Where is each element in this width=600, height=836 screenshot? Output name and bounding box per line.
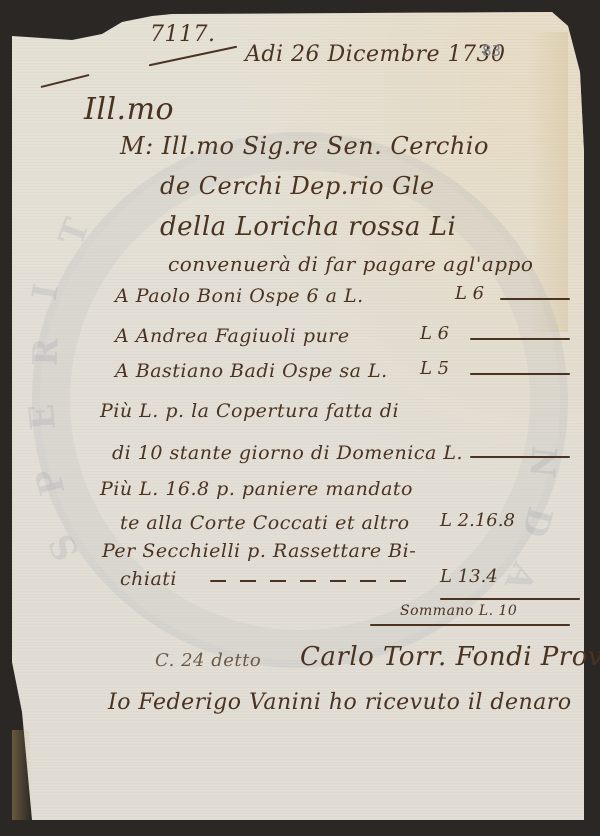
fill-dash bbox=[210, 580, 410, 582]
seal-letter: T bbox=[52, 213, 98, 250]
entry-line: A Bastiano Badi Ospe sa L. bbox=[115, 360, 388, 382]
signature: Carlo Torr. Fondi Prov. bbox=[300, 642, 600, 672]
seal-letter: N bbox=[521, 445, 564, 479]
fill-dash bbox=[470, 456, 570, 458]
fill-dash bbox=[470, 373, 570, 375]
entry-amount: L 6 bbox=[455, 283, 484, 304]
entry-amount: L 13.4 bbox=[440, 566, 498, 587]
seal-letter: A bbox=[496, 557, 543, 598]
total-rule bbox=[370, 624, 570, 626]
body-line: della Loricha rossa Li bbox=[160, 212, 456, 242]
fill-dash bbox=[470, 338, 570, 340]
entry-line: A Paolo Boni Ospe 6 a L. bbox=[115, 285, 364, 307]
salutation: Ill.mo bbox=[84, 92, 174, 127]
total-line: Sommano L. 10 bbox=[400, 603, 517, 619]
date-line: Adi 26 Dicembre 1730 bbox=[245, 42, 505, 67]
entry-line: te alla Corte Coccati et altro bbox=[120, 512, 410, 534]
paper-stain bbox=[12, 730, 32, 820]
receipt-signature: Io Federigo Vanini ho ricevuto il denaro bbox=[108, 690, 572, 715]
entry-line: Più L. p. la Copertura fatta di bbox=[100, 400, 399, 422]
entry-amount: L 6 bbox=[420, 323, 449, 344]
archive-number: 7117. bbox=[150, 22, 215, 47]
note-line: C. 24 detto bbox=[155, 650, 261, 671]
entry-amount: L 2.16.8 bbox=[440, 510, 515, 531]
body-line: de Cerchi Dep.rio Gle bbox=[160, 172, 435, 200]
entry-line: di 10 stante giorno di Domenica L. bbox=[112, 442, 463, 464]
folio-number: 83 bbox=[482, 42, 501, 60]
entry-amount: L 5 bbox=[420, 358, 449, 379]
body-line: M: Ill.mo Sig.re Sen. Cerchio bbox=[120, 132, 489, 160]
fill-dash bbox=[500, 298, 570, 300]
body-line: convenuerà di far pagare agl'appo bbox=[168, 252, 533, 276]
entry-line: chiati bbox=[120, 568, 177, 590]
total-rule bbox=[440, 598, 580, 600]
entry-line: Per Secchielli p. Rassettare Bi- bbox=[102, 540, 416, 562]
entry-line: Più L. 16.8 p. paniere mandato bbox=[100, 478, 413, 500]
seal-letter: E bbox=[22, 402, 64, 431]
seal-letter: R bbox=[26, 337, 67, 367]
entry-line: A Andrea Fagiuoli pure bbox=[115, 325, 350, 347]
